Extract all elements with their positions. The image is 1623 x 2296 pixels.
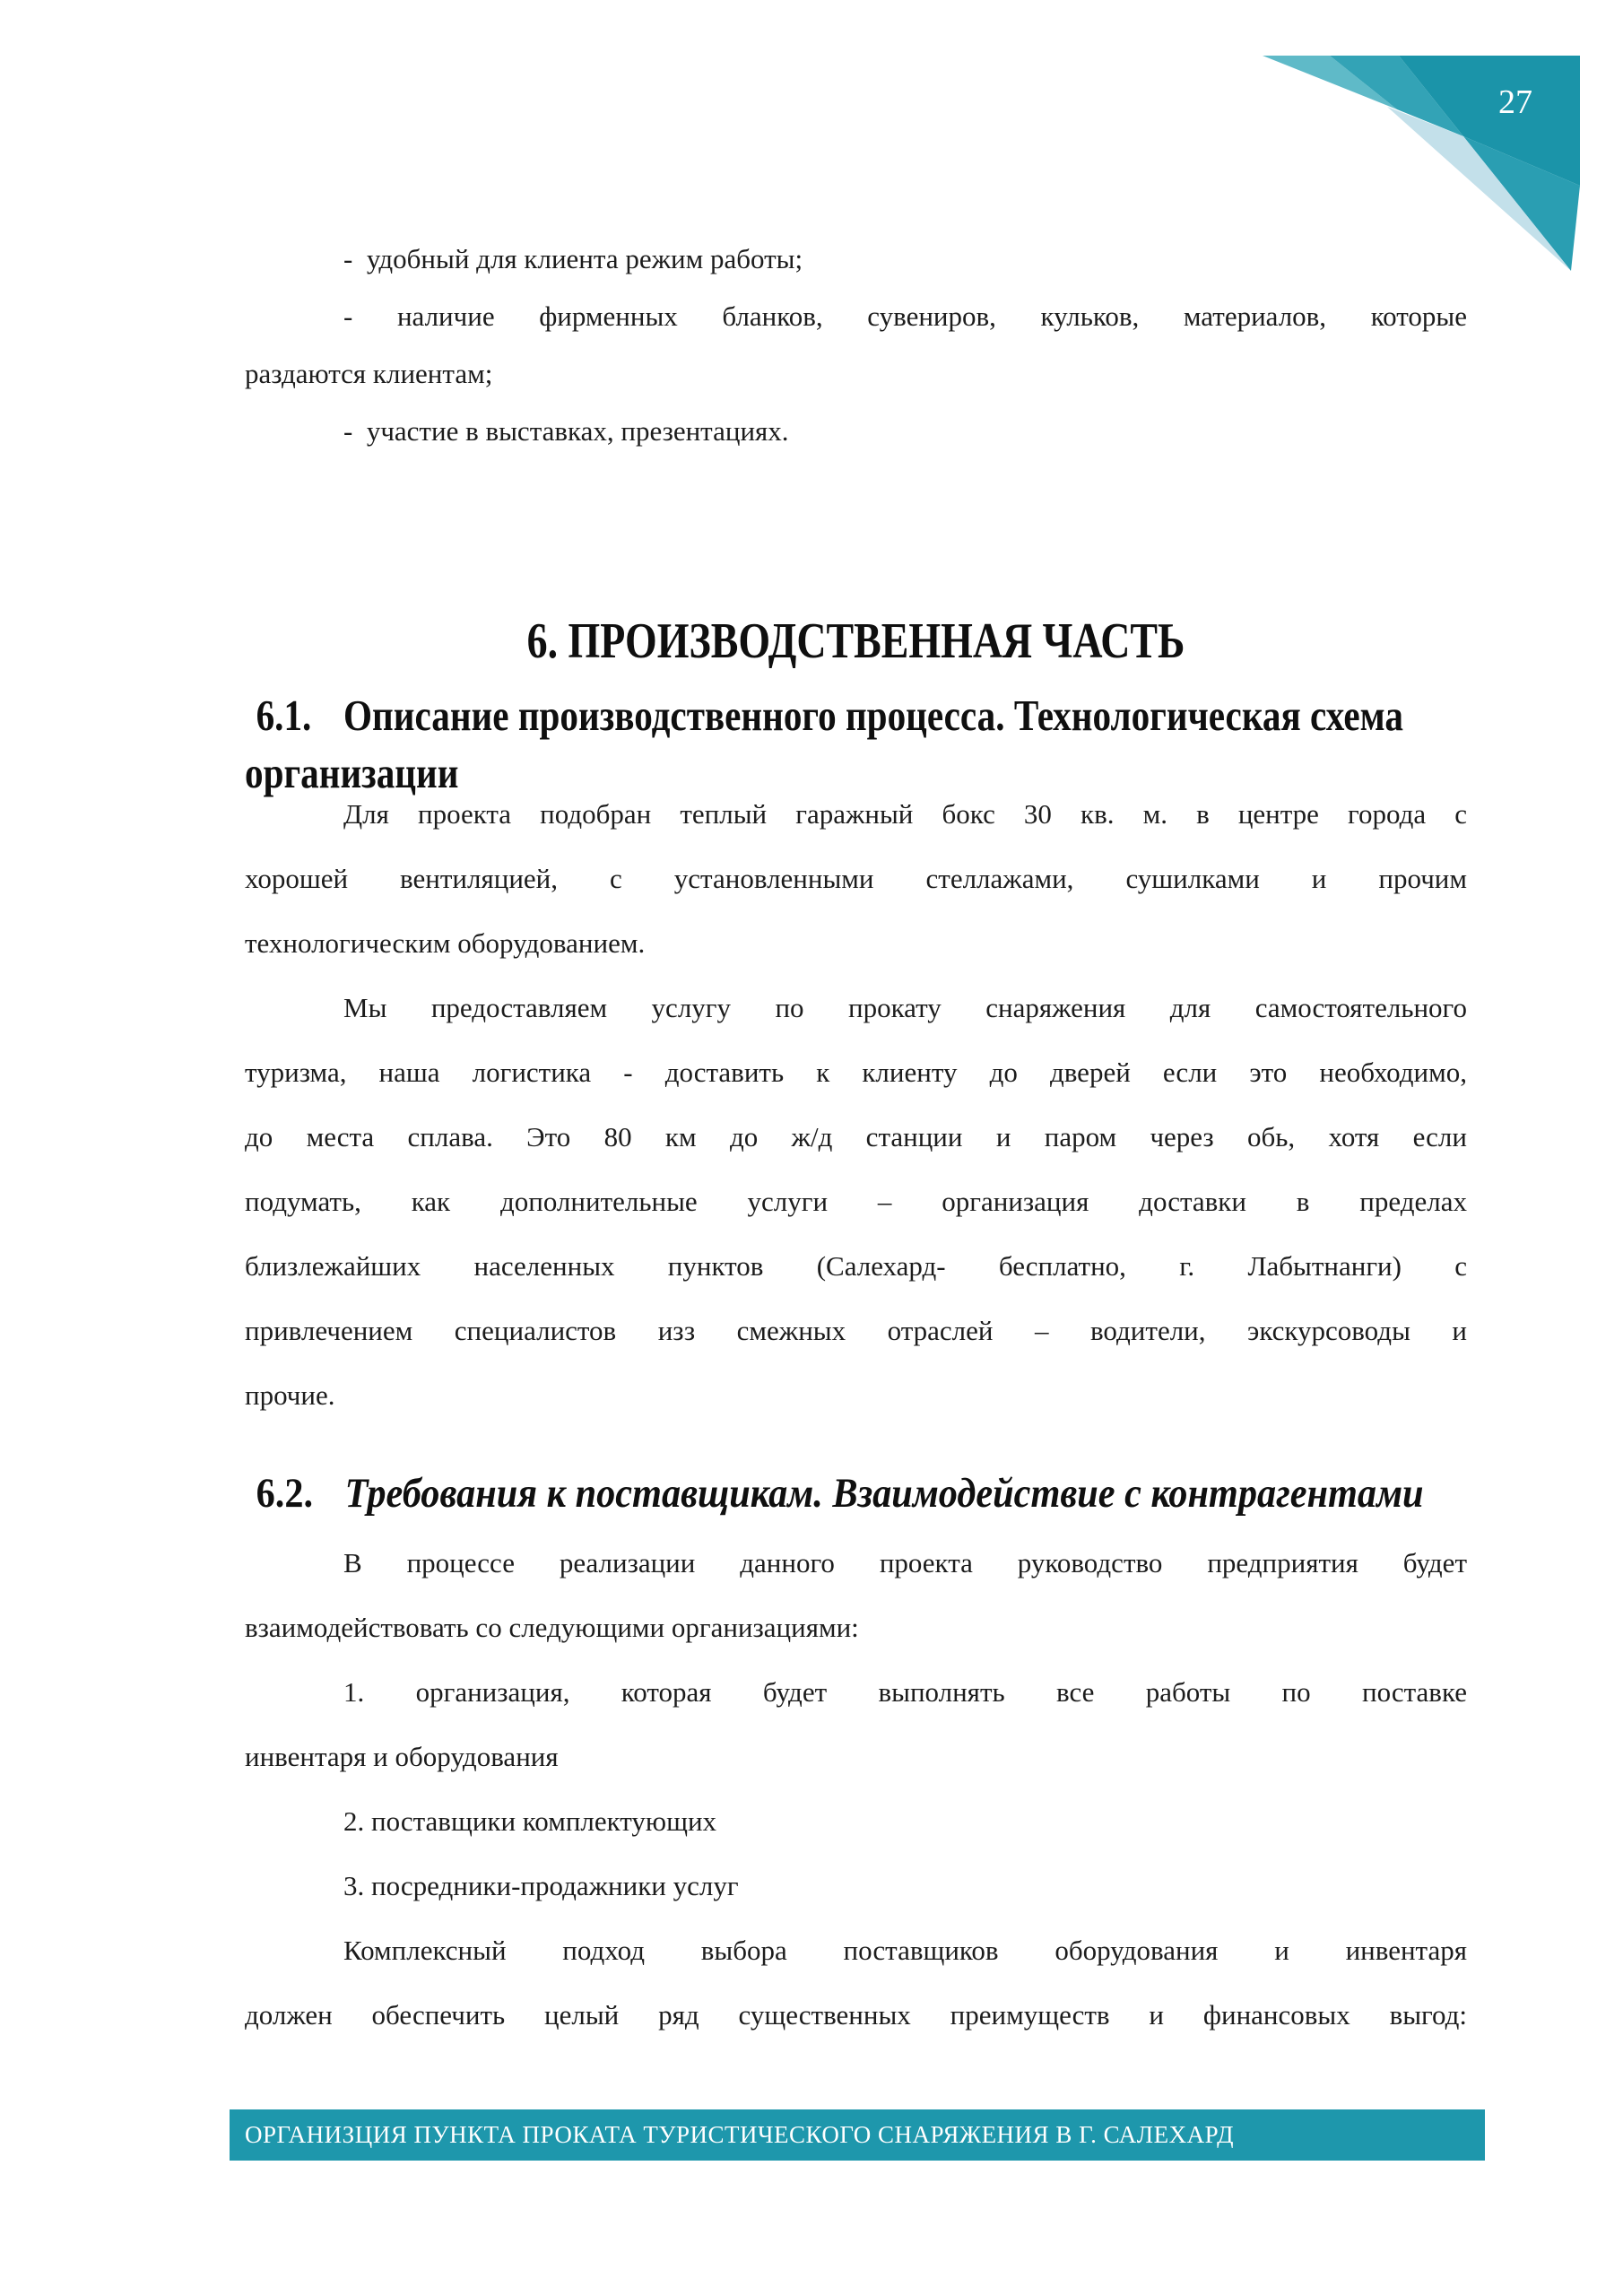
- numbered-item: 2. поставщики комплектующих: [245, 1799, 1467, 1844]
- footer-title: ОРГАНИЗЦИЯ ПУНКТА ПРОКАТА ТУРИСТИЧЕСКОГО…: [245, 2122, 1234, 2149]
- footer-banner: ОРГАНИЗЦИЯ ПУНКТА ПРОКАТА ТУРИСТИЧЕСКОГО…: [230, 2109, 1485, 2161]
- subsection-heading-6-1: 6.1.Описание производственного процесса.…: [245, 689, 1465, 743]
- bullet-line: - удобный для клиента режим работы;: [245, 237, 1467, 282]
- bullet-line: - участие в выставках, презентациях.: [245, 409, 1467, 454]
- text-line: взаимодействовать со следующими организа…: [245, 1605, 1467, 1650]
- subsection-number: 6.1.: [245, 689, 343, 743]
- page-number: 27: [1496, 83, 1535, 122]
- text-line: должен обеспечить целый ряд существенных…: [245, 1993, 1467, 2083]
- subsection-title: Требования к поставщикам. Взаимодействие…: [345, 1470, 1424, 1517]
- subsection-number: 6.2.: [245, 1466, 345, 1520]
- numbered-item: 3. посредники-продажники услуг: [245, 1864, 1467, 1909]
- numbered-item-continuation: инвентаря и оборудования: [245, 1735, 1467, 1779]
- text-line: прочие.: [245, 1373, 1467, 1418]
- section-heading: 6. ПРОИЗВОДСТВЕННАЯ ЧАСТЬ: [355, 614, 1358, 668]
- text-line: технологическим оборудованием.: [245, 921, 1467, 966]
- subsection-heading-6-2: 6.2.Требования к поставщикам. Взаимодейс…: [245, 1466, 1468, 1520]
- document-page: 27 - удобный для клиента режим работы; -…: [0, 0, 1623, 2296]
- subsection-title: Описание производственного процесса. Тех…: [343, 691, 1403, 740]
- bullet-line-continuation: раздаются клиентам;: [245, 352, 1467, 396]
